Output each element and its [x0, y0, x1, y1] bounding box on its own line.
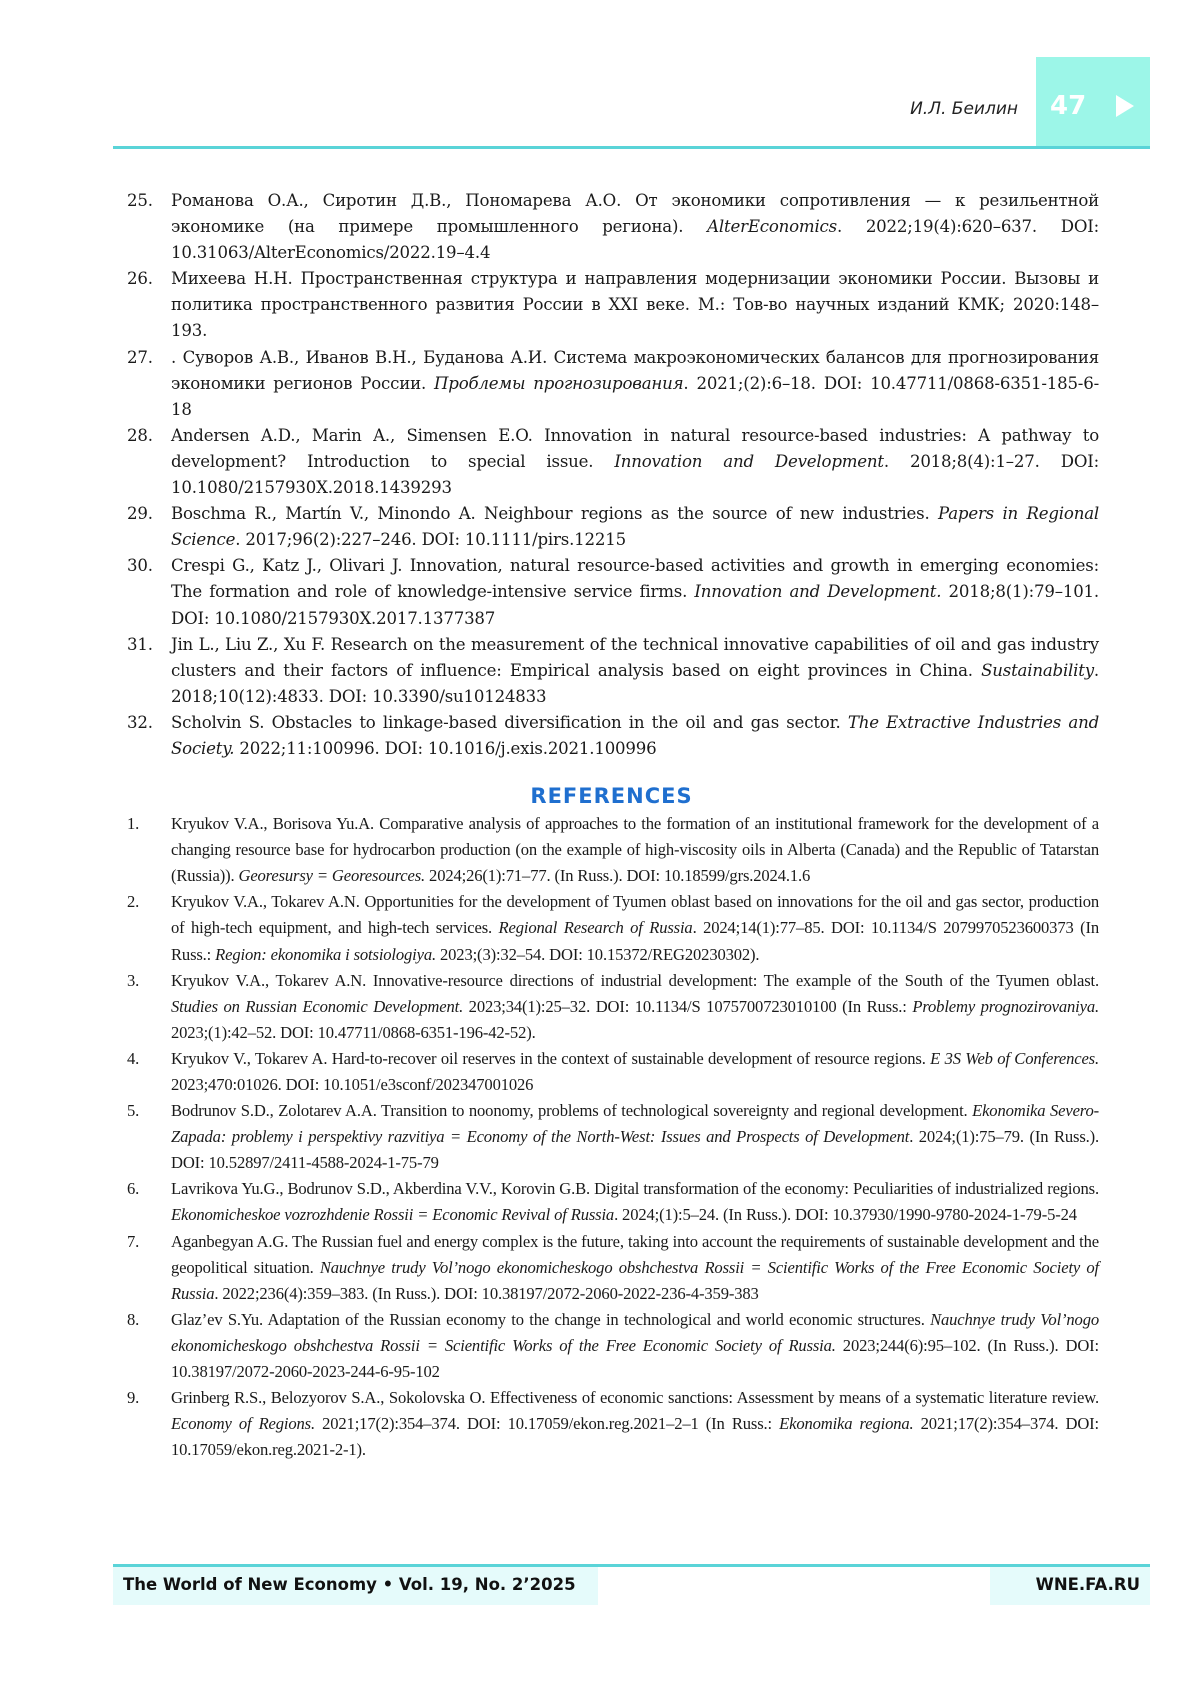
russian-reference-list: 25.Романова О.А., Сиротин Д.В., Пономаре… [124, 188, 1099, 762]
reference-number: 5. [127, 1098, 139, 1124]
reference-text: 2023;(3):32–54. DOI: 10.15372/REG2023030… [436, 945, 759, 964]
reference-source-title: Problemy prognozirovaniya. [912, 997, 1099, 1016]
reference-item: 2.Kryukov V.A., Tokarev A.N. Opportuniti… [124, 889, 1099, 967]
reference-source-title: Studies on Russian Economic Development. [171, 997, 463, 1016]
reference-item: 1.Kryukov V.A., Borisova Yu.A. Comparati… [124, 811, 1099, 889]
english-reference-list: 1.Kryukov V.A., Borisova Yu.A. Comparati… [124, 811, 1099, 1463]
reference-source-title: Regional Research of Russia [499, 918, 693, 937]
reference-source-title: Ekonomika regiona. [779, 1414, 913, 1433]
reference-number: 25. [127, 188, 153, 214]
reference-number: 27. [127, 345, 153, 371]
reference-source-title: Innovation and Development [614, 452, 883, 471]
reference-text: 2023;470:01026. DOI: 10.1051/e3sconf/202… [171, 1075, 533, 1094]
reference-item: 4.Kryukov V., Tokarev A. Hard-to-recover… [124, 1046, 1099, 1098]
references-heading: REFERENCES [124, 784, 1099, 808]
reference-number: 32. [127, 710, 153, 736]
bibliography: 25.Романова О.А., Сиротин Д.В., Пономаре… [124, 188, 1099, 1463]
reference-text: . 2022;236(4):359–383. (In Russ.). DOI: … [214, 1284, 758, 1303]
page-number-box: 47 [1036, 57, 1150, 146]
reference-text: Scholvin S. Obstacles to linkage-based d… [171, 713, 848, 732]
triangle-right-icon [1116, 95, 1134, 117]
reference-source-title: Region: ekonomika i sotsiologiya. [215, 945, 436, 964]
reference-number: 6. [127, 1176, 139, 1202]
reference-number: 29. [127, 501, 153, 527]
reference-number: 8. [127, 1307, 139, 1333]
journal-title: The World of New Economy • Vol. 19, No. … [113, 1567, 598, 1605]
reference-number: 1. [127, 811, 139, 837]
reference-text: Kryukov V.A., Tokarev A.N. Innovative-re… [171, 971, 1099, 990]
reference-source-title: Innovation and Development. [694, 582, 941, 601]
reference-number: 9. [127, 1385, 139, 1411]
reference-item: 25.Романова О.А., Сиротин Д.В., Пономаре… [124, 188, 1099, 266]
reference-item: 7.Aganbegyan A.G. The Russian fuel and e… [124, 1229, 1099, 1307]
running-head-author: И.Л. Беилин [910, 99, 1018, 119]
reference-item: 27.. Суворов А.В., Иванов В.Н., Буданова… [124, 345, 1099, 423]
reference-source-title: Georesursy = Georesources. [238, 866, 425, 885]
reference-text: Jin L., Liu Z., Xu F. Research on the me… [171, 635, 1099, 680]
reference-number: 7. [127, 1229, 139, 1255]
reference-text: 2023;(1):42–52. DOI: 10.47711/0868-6351-… [171, 1023, 536, 1042]
reference-text: 2022;11:100996. DOI: 10.1016/j.exis.2021… [234, 739, 656, 758]
reference-source-title: AlterEconomics [707, 217, 837, 236]
header-divider [113, 146, 1150, 149]
page-number: 47 [1050, 91, 1086, 121]
reference-item: 28.Andersen A.D., Marin A., Simensen E.O… [124, 423, 1099, 501]
reference-number: 2. [127, 889, 139, 915]
reference-item: 6.Lavrikova Yu.G., Bodrunov S.D., Akberd… [124, 1176, 1099, 1228]
reference-text: Boschma R., Martín V., Minondo A. Neighb… [171, 504, 938, 523]
reference-item: 32.Scholvin S. Obstacles to linkage-base… [124, 710, 1099, 762]
reference-text: . 2024;(1):5–24. (In Russ.). DOI: 10.379… [614, 1205, 1077, 1224]
journal-website: WNE.FA.RU [990, 1567, 1150, 1605]
page-header: И.Л. Беилин 47 [113, 57, 1150, 149]
reference-source-title: Проблемы прогнозирования [434, 374, 683, 393]
reference-number: 4. [127, 1046, 139, 1072]
reference-source-title: Economy of Regions. [171, 1414, 315, 1433]
reference-source-title: Sustainability [981, 661, 1094, 680]
reference-text: Kryukov V., Tokarev A. Hard-to-recover o… [171, 1049, 930, 1068]
page-footer: The World of New Economy • Vol. 19, No. … [113, 1564, 1150, 1606]
reference-text: 2023;34(1):25–32. DOI: 10.1134/S 1075700… [463, 997, 912, 1016]
reference-text: . 2017;96(2):227–246. DOI: 10.1111/pirs.… [235, 530, 626, 549]
reference-text: Lavrikova Yu.G., Bodrunov S.D., Akberdin… [171, 1179, 1099, 1198]
reference-item: 3.Kryukov V.A., Tokarev A.N. Innovative-… [124, 968, 1099, 1046]
reference-text: 2021;17(2):354–374. DOI: 10.17059/ekon.r… [315, 1414, 779, 1433]
reference-item: 31.Jin L., Liu Z., Xu F. Research on the… [124, 632, 1099, 710]
reference-number: 31. [127, 632, 153, 658]
reference-item: 29.Boschma R., Martín V., Minondo A. Nei… [124, 501, 1099, 553]
reference-item: 26.Михеева Н.Н. Пространственная структу… [124, 266, 1099, 344]
reference-source-title: Ekonomicheskoe vozrozhdenie Rossii = Eco… [171, 1205, 614, 1224]
reference-text: Михеева Н.Н. Пространственная структура … [171, 269, 1099, 340]
reference-text: Bodrunov S.D., Zolotarev A.A. Transition… [171, 1101, 972, 1120]
reference-text: 2024;26(1):71–77. (In Russ.). DOI: 10.18… [425, 866, 810, 885]
reference-item: 8.Glaz’ev S.Yu. Adaptation of the Russia… [124, 1307, 1099, 1385]
reference-item: 9.Grinberg R.S., Belozyorov S.A., Sokolo… [124, 1385, 1099, 1463]
reference-source-title: E 3S Web of Conferences. [930, 1049, 1099, 1068]
reference-item: 30.Crespi G., Katz J., Olivari J. Innova… [124, 553, 1099, 631]
reference-number: 3. [127, 968, 139, 994]
reference-text: Glaz’ev S.Yu. Adaptation of the Russian … [171, 1310, 930, 1329]
reference-number: 26. [127, 266, 153, 292]
reference-item: 5.Bodrunov S.D., Zolotarev A.A. Transiti… [124, 1098, 1099, 1176]
reference-text: Grinberg R.S., Belozyorov S.A., Sokolovs… [171, 1388, 1099, 1407]
reference-number: 28. [127, 423, 153, 449]
reference-number: 30. [127, 553, 153, 579]
